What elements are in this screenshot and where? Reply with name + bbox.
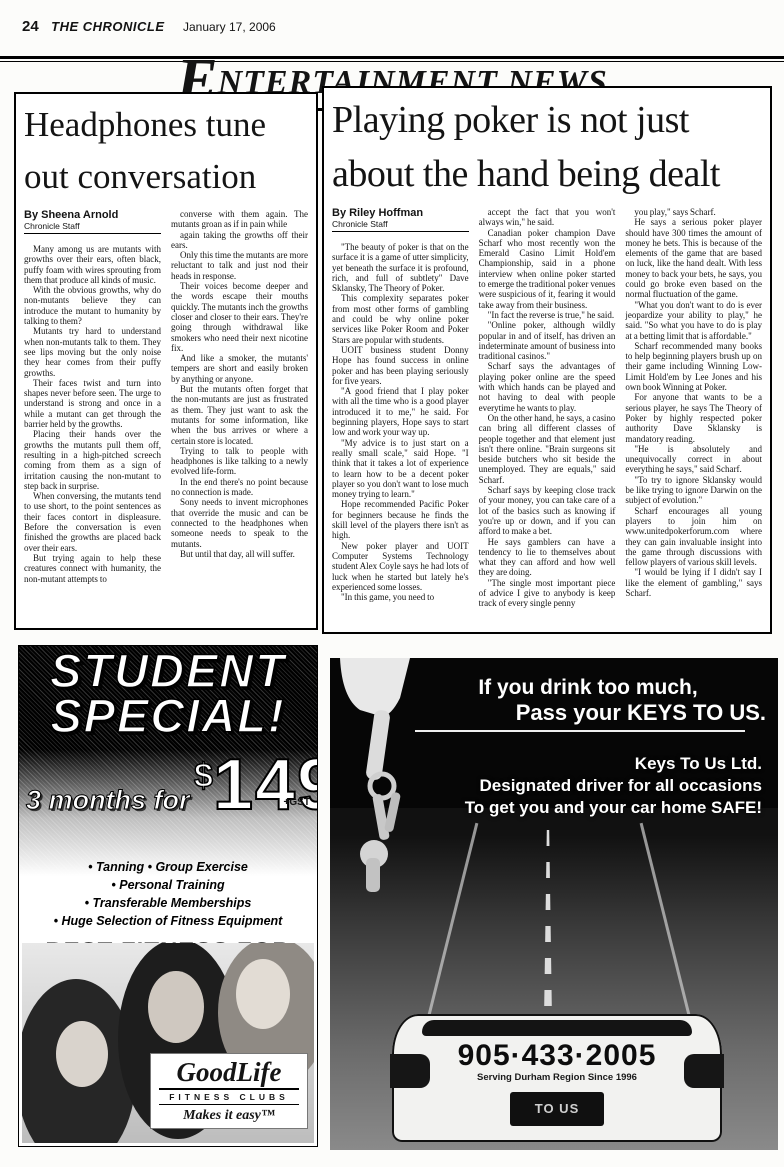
headline-line2: Pass your KEYS TO US. — [410, 700, 766, 726]
road-edge — [640, 823, 694, 1027]
price-suffix: +GST — [284, 797, 310, 808]
article-paragraph: This complexity separates poker from mos… — [332, 293, 469, 344]
article-paragraph: converse with them again. The mutants gr… — [171, 209, 308, 230]
article-paragraph: "A good friend that I play poker with al… — [332, 386, 469, 437]
ad-feature-item: • Huge Selection of Fitness Equipment — [19, 912, 317, 930]
ad-since-line: Serving Durham Region Since 1996 — [392, 1072, 722, 1083]
article-paragraph: In the end there's no point because no c… — [171, 477, 308, 498]
column-text: accept the fact that you won't always wi… — [479, 207, 616, 609]
logo-rule — [159, 1104, 299, 1105]
company-name: Keys To Us Ltd. — [390, 753, 762, 775]
article-paragraph: Mutants try hard to understand when non-… — [24, 326, 161, 377]
photo-face — [148, 971, 204, 1043]
ad-title: STUDENT SPECIAL! — [19, 646, 317, 738]
byline: By Riley Hoffman — [332, 207, 469, 219]
column-text: you play," says Scharf.He says a serious… — [625, 207, 762, 598]
article-paragraph: "To try to ignore Sklansky would be like… — [625, 475, 762, 506]
article-paragraph: But until that day, all will suffer. — [171, 549, 308, 559]
article-paragraph: you play," says Scharf. — [625, 207, 762, 217]
article-paragraph: "He is absolutely and unequivocally corr… — [625, 444, 762, 475]
article-paragraph: But trying again to help these creatures… — [24, 553, 161, 584]
article-column-2: converse with them again. The mutants gr… — [171, 209, 308, 584]
car-rear-photo: 905·433·2005 Serving Durham Region Since… — [392, 1014, 722, 1142]
article-paragraph: "What you don't want to do is ever jeopa… — [625, 300, 762, 341]
headline-line1: If you drink too much, — [410, 676, 766, 700]
byline-role: Chronicle Staff — [24, 221, 161, 234]
photo-face — [56, 1021, 108, 1087]
offer-prefix: 3 months for — [26, 785, 190, 815]
article-paragraph: Their voices become deeper and the words… — [171, 281, 308, 353]
logo-name: GoodLife — [157, 1059, 301, 1086]
article-poker: Playing poker is not just about the hand… — [322, 86, 772, 634]
company-tagline2: To get you and your car home SAFE! — [390, 797, 762, 819]
article-paragraph: But the mutants often forget that the no… — [171, 384, 308, 446]
article-paragraph: accept the fact that you won't always wi… — [479, 207, 616, 228]
company-tagline1: Designated driver for all occasions — [390, 775, 762, 797]
article-paragraph: "I would be lying if I didn't say I like… — [625, 567, 762, 598]
car-rear-window — [422, 1020, 692, 1036]
article-paragraph: He says a serious poker player should ha… — [625, 217, 762, 299]
article-paragraph: On the other hand, he says, a casino can… — [479, 413, 616, 485]
article-headphones: Headphones tune out conversation By Shee… — [14, 92, 318, 630]
article-column-2: accept the fact that you won't always wi… — [479, 207, 616, 609]
article-paragraph: again taking the growths off their ears. — [171, 230, 308, 251]
price-amount: 149 — [213, 745, 318, 825]
article-paragraph: "In fact the reverse is true," he said. — [479, 310, 616, 320]
photo-three-women: GoodLife FITNESS CLUBS Makes it easy™ — [22, 943, 314, 1143]
column-text: Many among us are mutants with growths o… — [24, 244, 161, 584]
logo-subtitle: FITNESS CLUBS — [157, 1092, 301, 1102]
article-paragraph: "The single most important piece of advi… — [479, 578, 616, 609]
goodlife-logo: GoodLife FITNESS CLUBS Makes it easy™ — [150, 1053, 308, 1129]
article-columns: By Sheena Arnold Chronicle Staff Many am… — [24, 209, 308, 584]
article-paragraph: Scharf says by keeping close track of yo… — [479, 485, 616, 536]
article-paragraph: "The beauty of poker is that on the surf… — [332, 242, 469, 293]
article-paragraph: New poker player and UOIT Computer Syste… — [332, 541, 469, 592]
article-paragraph: Trying to talk to people with headphones… — [171, 446, 308, 477]
column-text: converse with them again. The mutants gr… — [171, 209, 308, 559]
article-paragraph: Scharf encourages all young players to j… — [625, 506, 762, 568]
newspaper-page: 24 THE CHRONICLE January 17, 2006 ENTERT… — [0, 0, 784, 1167]
byline-role: Chronicle Staff — [332, 219, 469, 232]
article-paragraph: Only this time the mutants are more relu… — [171, 250, 308, 281]
ad-goodlife-fitness: STUDENT SPECIAL! 3 months for $149 +GST … — [18, 645, 318, 1147]
article-columns: By Riley Hoffman Chronicle Staff "The be… — [332, 207, 762, 609]
ad-company-block: Keys To Us Ltd. Designated driver for al… — [390, 753, 762, 819]
article-headline: Headphones tune out conversation — [24, 99, 308, 203]
price-currency: $ — [194, 757, 213, 795]
halftone-background: STUDENT SPECIAL! 3 months for $149 +GST — [19, 646, 317, 876]
article-headline: Playing poker is not just about the hand… — [332, 93, 762, 201]
article-paragraph: Canadian poker champion Dave Scharf who … — [479, 228, 616, 310]
article-paragraph: Hope recommended Pacific Poker for begin… — [332, 499, 469, 540]
article-paragraph: Scharf recommended many books to help be… — [625, 341, 762, 392]
article-paragraph: Many among us are mutants with growths o… — [24, 244, 161, 285]
ad-offer: 3 months for $149 +GST — [19, 744, 317, 826]
headline-underline — [415, 730, 745, 732]
ad-feature-item: • Tanning • Group Exercise — [19, 858, 317, 876]
article-paragraph: When conversing, the mutants tend to use… — [24, 491, 161, 553]
article-paragraph: Placing their hands over the growths the… — [24, 429, 161, 491]
license-plate: TO US — [510, 1092, 604, 1126]
road-centerline — [544, 830, 552, 1020]
article-paragraph: Sony needs to invent microphones that ov… — [171, 497, 308, 548]
article-paragraph: And like a smoker, the mutants' tempers … — [171, 353, 308, 384]
logo-tagline: Makes it easy™ — [157, 1108, 301, 1124]
ad-title-line2: SPECIAL! — [50, 689, 285, 742]
article-paragraph: Their faces twist and turn into shapes n… — [24, 378, 161, 429]
ad-feature-list: • Tanning • Group Exercise• Personal Tra… — [19, 858, 317, 930]
article-paragraph: With the obvious growths, why do non-mut… — [24, 285, 161, 326]
article-paragraph: "In this game, you need to — [332, 592, 469, 602]
article-column-1: By Riley Hoffman Chronicle Staff "The be… — [332, 207, 469, 609]
ad-feature-item: • Personal Training — [19, 876, 317, 894]
article-paragraph: "My advice is to just start on a really … — [332, 438, 469, 500]
issue-date: January 17, 2006 — [183, 20, 276, 34]
article-paragraph: For anyone that wants to be a serious pl… — [625, 392, 762, 443]
article-paragraph: Scharf says the advantages of playing po… — [479, 361, 616, 412]
logo-rule — [159, 1088, 299, 1090]
article-column-3: you play," says Scharf.He says a serious… — [625, 207, 762, 609]
article-paragraph: He says gamblers can have a tendency to … — [479, 537, 616, 578]
article-paragraph: UOIT business student Donny Hope has fou… — [332, 345, 469, 386]
ad-feature-item: • Transferable Memberships — [19, 894, 317, 912]
masthead: 24 THE CHRONICLE January 17, 2006 — [22, 18, 276, 36]
paper-name: THE CHRONICLE — [51, 19, 164, 34]
ad-phone-number: 905·433·2005 — [392, 1040, 722, 1072]
column-text: "The beauty of poker is that on the surf… — [332, 242, 469, 602]
photo-face — [236, 959, 290, 1029]
byline: By Sheena Arnold — [24, 209, 161, 221]
page-number: 24 — [22, 18, 39, 35]
ad-headline: If you drink too much, Pass your KEYS TO… — [410, 676, 766, 726]
article-paragraph: "Online poker, although wildly popular i… — [479, 320, 616, 361]
ad-keys-to-us: If you drink too much, Pass your KEYS TO… — [330, 658, 778, 1150]
article-column-1: By Sheena Arnold Chronicle Staff Many am… — [24, 209, 161, 584]
